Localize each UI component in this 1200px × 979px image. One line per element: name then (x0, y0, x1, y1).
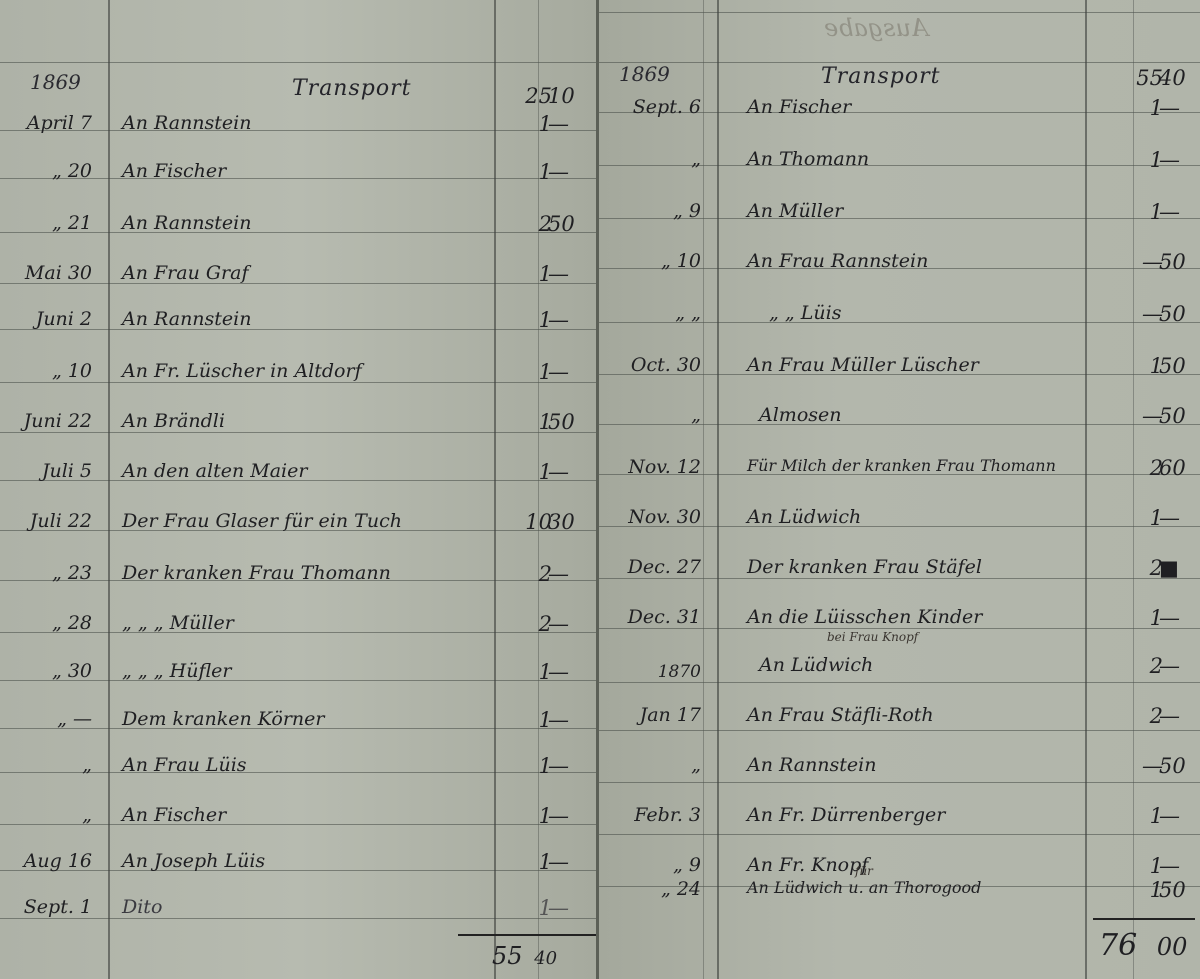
entry-cents: 60 (1159, 456, 1200, 480)
entry-amount: 1 (1123, 804, 1163, 828)
entry-amount: 1 (1123, 354, 1163, 378)
entry-amount: 2 (512, 212, 552, 236)
entry-description: An Fischer (747, 96, 851, 118)
entry-cents: — (548, 112, 597, 136)
entry-description: An Fischer (122, 160, 226, 182)
entry-description: Almosen (759, 404, 842, 426)
entry-cents: — (548, 562, 597, 586)
total-underline (458, 934, 596, 936)
entry-cents: — (548, 262, 597, 286)
entry-amount: 2 (1123, 704, 1163, 728)
entry-amount: 1 (1123, 148, 1163, 172)
entry-amount: 1 (512, 160, 552, 184)
entry-cents: — (1159, 506, 1200, 530)
entry-description: An Frau Müller Lüscher (747, 354, 979, 376)
entry-cents: — (1159, 654, 1200, 678)
entry-amount: 2 (512, 612, 552, 636)
entry-amount: 10 (512, 510, 552, 534)
entry-date: „ (0, 754, 92, 776)
entry-cents: — (548, 850, 597, 874)
entry-amount: 1 (512, 850, 552, 874)
year-label: 1869 (619, 62, 670, 86)
entry-cents: — (548, 896, 597, 920)
entry-date: Jan 17 (599, 704, 701, 726)
amount-column-divider (1085, 0, 1087, 979)
page-total: 76 00 (1099, 928, 1187, 963)
entry-cents: — (548, 360, 597, 384)
interlinear-note: bei Frau Knopf (827, 630, 918, 644)
entry-date: Nov. 12 (599, 456, 701, 478)
entry-amount: — (1123, 754, 1163, 778)
entry-amount: 1 (1123, 506, 1163, 530)
total-amount: 76 (1099, 928, 1137, 963)
transport-heading: Transport (821, 64, 940, 89)
entry-date: Juli 5 (0, 460, 92, 482)
entry-cents: — (1159, 804, 1200, 828)
entry-date: „ 21 (0, 212, 92, 234)
entry-cents: 50 (1159, 878, 1200, 902)
entry-date: „ — (0, 708, 92, 730)
entry-date: „ (599, 148, 701, 170)
entry-description: An Rannstein (747, 754, 876, 776)
entry-cents: 50 (548, 410, 597, 434)
entry-amount: 1 (1123, 200, 1163, 224)
carried-forward-cents: 10 (548, 84, 597, 108)
entry-cents: — (1159, 854, 1200, 878)
entry-description: Der kranken Frau Stäfel (747, 556, 982, 578)
carried-forward-amount: 55 (1123, 66, 1163, 90)
entry-cents: — (548, 160, 597, 184)
total-underline (1093, 918, 1195, 920)
entry-amount: 2 (1123, 654, 1163, 678)
carried-forward-cents: 40 (1159, 66, 1200, 90)
entry-amount: 1 (512, 410, 552, 434)
entry-description: Dito (122, 896, 162, 918)
entry-cents: 50 (1159, 754, 1200, 778)
entry-date: Dec. 31 (599, 606, 701, 628)
amount-column-divider (494, 0, 496, 979)
entry-description: An Müller (747, 200, 843, 222)
date-margin-line (703, 0, 704, 979)
entry-date: „ 10 (599, 250, 701, 272)
entry-description: An Fr. Lüscher in Altdorf (122, 360, 362, 382)
interlinear-note: für (855, 864, 873, 878)
entry-cents: — (1159, 96, 1200, 120)
entry-description: Der kranken Frau Thomann (122, 562, 391, 584)
entry-description: „ „ Lüis (769, 302, 841, 324)
entry-date: „ 28 (0, 612, 92, 634)
entry-date: Juni 2 (0, 308, 92, 330)
entry-description: An Lüdwich (759, 654, 873, 676)
total-amount: 55 (492, 942, 523, 970)
carried-forward-amount: 25 (512, 84, 552, 108)
entry-description: An Rannstein (122, 112, 251, 134)
entry-cents: — (548, 804, 597, 828)
entry-description: Für Milch der kranken Frau Thomann (747, 456, 1056, 475)
entry-amount: 1 (512, 754, 552, 778)
entry-description: An Rannstein (122, 308, 251, 330)
entry-description: Dem kranken Körner (122, 708, 325, 730)
entry-cents: — (1159, 704, 1200, 728)
entry-date: „ 9 (599, 854, 701, 876)
entry-amount: 2 (1123, 556, 1163, 580)
entry-cents: 50 (1159, 302, 1200, 326)
entry-cents: — (548, 754, 597, 778)
entry-amount: 1 (512, 308, 552, 332)
total-cents: 00 (1157, 933, 1188, 961)
date-column-divider (717, 0, 719, 979)
entry-amount: 1 (512, 360, 552, 384)
right-page: Ausgabe 1869 Transport 55 40 Sept. 6 An … (599, 0, 1200, 979)
entry-cents: — (1159, 148, 1200, 172)
entry-description: An Fr. Knopf (747, 854, 868, 876)
entry-date: „ 23 (0, 562, 92, 584)
entry-cents: — (548, 708, 597, 732)
entry-cents: — (548, 308, 597, 332)
entry-date: Dec. 27 (599, 556, 701, 578)
entry-description: An Lüdwich u. an Thorogood (747, 878, 981, 897)
entry-date: Aug 16 (0, 850, 92, 872)
entry-cents: — (1159, 606, 1200, 630)
entry-date: Nov. 30 (599, 506, 701, 528)
entry-description: An Fr. Dürrenberger (747, 804, 945, 826)
entry-description: An Frau Lüis (122, 754, 247, 776)
entry-cents: 50 (1159, 250, 1200, 274)
entry-description: Der Frau Glaser für ein Tuch (122, 510, 402, 532)
entry-description: An Frau Rannstein (747, 250, 928, 272)
entry-date: „ 20 (0, 160, 92, 182)
entry-date: „ (599, 404, 701, 426)
entry-description: An Frau Graf (122, 262, 249, 284)
entry-date: „ (599, 754, 701, 776)
entry-date: „ 24 (599, 878, 701, 900)
cents-column-divider (538, 0, 539, 979)
entry-cents: — (548, 612, 597, 636)
entry-amount: 1 (512, 660, 552, 684)
cents-column-divider (1133, 0, 1134, 979)
entry-cents: 50 (548, 212, 597, 236)
entry-description: An Thomann (747, 148, 869, 170)
entry-date: Sept. 1 (0, 896, 92, 918)
entry-cents: — (548, 660, 597, 684)
date-column-divider (108, 0, 110, 979)
page-total: 55 40 (492, 942, 557, 970)
entry-description: An Fischer (122, 804, 226, 826)
entry-description: „ „ „ Müller (122, 612, 234, 634)
entry-cents: 50 (1159, 404, 1200, 428)
entry-cents: 30 (548, 510, 597, 534)
year-label: 1869 (30, 70, 81, 94)
entry-amount: — (1123, 302, 1163, 326)
entry-amount: 1 (512, 262, 552, 286)
entry-date: Sept. 6 (599, 96, 701, 118)
total-cents: 40 (534, 948, 557, 969)
entry-amount: 2 (512, 562, 552, 586)
entry-cents: — (1159, 200, 1200, 224)
entry-description: An den alten Maier (122, 460, 307, 482)
entry-amount: 1 (512, 896, 552, 920)
entry-amount: — (1123, 404, 1163, 428)
entry-description: An Rannstein (122, 212, 251, 234)
entry-date: Oct. 30 (599, 354, 701, 376)
entry-description: An Lüdwich (747, 506, 861, 528)
entry-description: An die Lüisschen Kinder (747, 606, 982, 628)
entry-amount: 1 (1123, 606, 1163, 630)
entry-amount: 1 (512, 460, 552, 484)
entry-amount: 2 (1123, 456, 1163, 480)
entry-amount: 1 (512, 804, 552, 828)
entry-date: Juli 22 (0, 510, 92, 532)
entry-date: „ „ (599, 302, 701, 324)
entry-amount: 1 (1123, 854, 1163, 878)
entry-date: Febr. 3 (599, 804, 701, 826)
entry-description: An Brändli (122, 410, 225, 432)
entry-cents-blotted: ■ (1159, 556, 1200, 580)
entry-amount: 1 (512, 112, 552, 136)
entry-date: „ 9 (599, 200, 701, 222)
entry-amount: 1 (1123, 96, 1163, 120)
entry-date: 1870 (599, 662, 701, 682)
entry-date: Mai 30 (0, 262, 92, 284)
entry-date: „ (0, 804, 92, 826)
ledger-spread: 1869 Transport 25 10 April 7 An Rannstei… (0, 0, 1200, 979)
transport-heading: Transport (292, 76, 411, 101)
entry-amount: 1 (1123, 878, 1163, 902)
entry-date: April 7 (0, 112, 92, 134)
entry-description: „ „ „ Hüfler (122, 660, 231, 682)
entry-amount: 1 (512, 708, 552, 732)
entry-cents: 50 (1159, 354, 1200, 378)
entry-amount: — (1123, 250, 1163, 274)
entry-date: „ 30 (0, 660, 92, 682)
entry-date: Juni 22 (0, 410, 92, 432)
entry-date: „ 10 (0, 360, 92, 382)
entry-description: An Frau Stäfli-Roth (747, 704, 934, 726)
mirrored-header: Ausgabe (824, 14, 928, 42)
entry-description: An Joseph Lüis (122, 850, 265, 872)
left-page: 1869 Transport 25 10 April 7 An Rannstei… (0, 0, 597, 979)
entry-cents: — (548, 460, 597, 484)
